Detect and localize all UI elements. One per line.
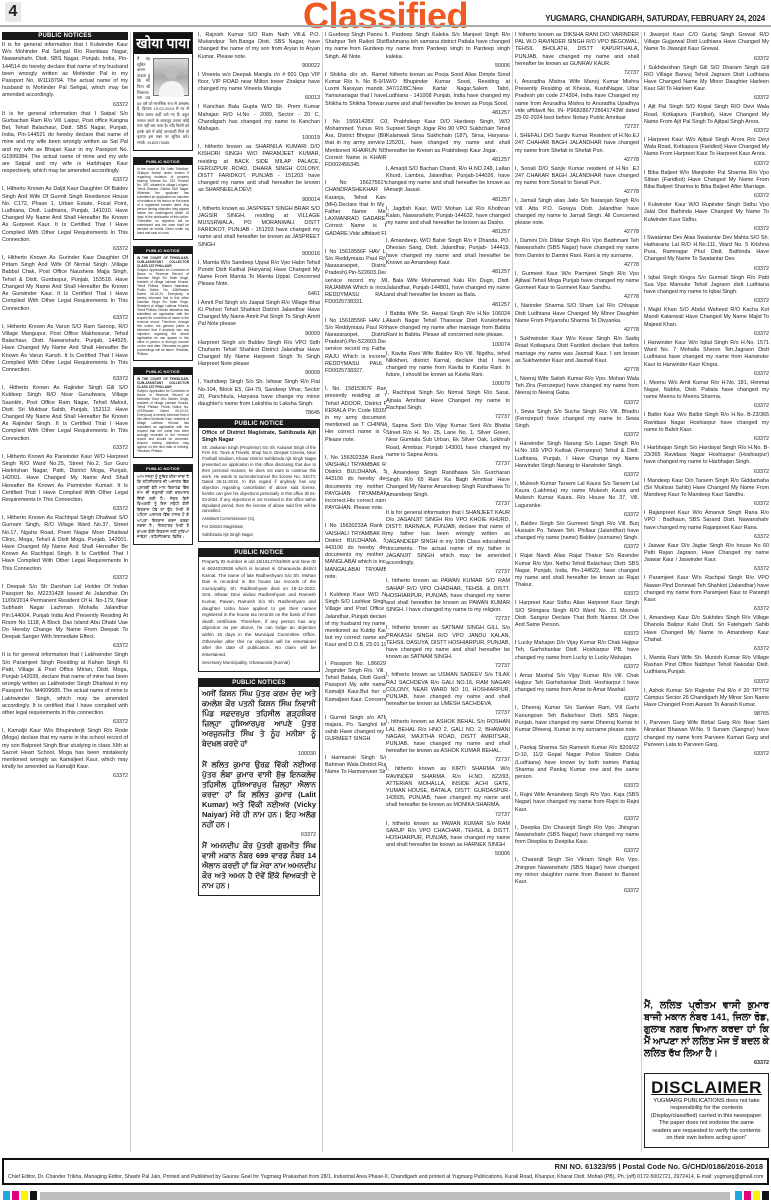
classified-ad: I, Rajni Wife Amandeep Singh R/o Vpo. Ka…	[515, 792, 639, 814]
ad-code: 42778	[515, 157, 639, 164]
classified-ad: I hitherto known as DIKSHA RANI D/O VARI…	[515, 32, 639, 68]
classified-ad: I Mandeep Kaur D/o Tarsem Singh R/o Gidd…	[644, 478, 769, 500]
ad-code: 6461	[198, 291, 320, 298]
ad-code: 63372	[644, 298, 769, 305]
gurmukhi-notices: PUBLIC NOTICES ਅਸੀਂ ਕਿਸ਼ਨ ਸਿੰਘ ਪੁੱਤਰ ਕਰਮ…	[198, 678, 320, 896]
classified-ad: ਮੈਂ ਲਲਿਤ ਕੁਮਾਰ ਉਰਫ਼ ਵਿੱਕੀ ਨਈਅਰ ਪੁੱਤਰ ਲੰਬ…	[202, 760, 316, 830]
classified-ad: I Jaswar Kaur D/o Jagtar Singh R/o house…	[644, 543, 769, 565]
classified-ad: I Harwinder Singh Narang S/o Lagan Singh…	[515, 441, 639, 470]
classified-ad: It is for general information that I Lak…	[2, 652, 128, 717]
imprint-line: Chief Editor, Dr. Chander Trikha, Managi…	[8, 1174, 767, 1180]
notice-text: Property ID number is old 16/16127/63/96…	[202, 559, 316, 658]
classified-ad: I, Hitherto Known As Varun S/O Ram Saroo…	[2, 324, 128, 374]
column-divider	[512, 32, 513, 1152]
classified-ad: I, Mamta Rani Wife Sh. Munish Kumar R/o …	[644, 655, 769, 677]
classified-ad: I Harwinder Kaur W/o Iqbal Singh R/o H.N…	[644, 340, 769, 369]
ad-code: 42778	[515, 327, 639, 334]
masthead-rule	[0, 25, 771, 27]
classified-ad: I Harpreet Kaur W/o Ajitpal Singh Arora …	[644, 137, 769, 159]
classified-ad: I hitherto known as Pooja Sood Alias Dim…	[386, 72, 510, 108]
ad-code: 90009	[198, 370, 320, 377]
ad-code: 63372	[644, 371, 769, 378]
classified-ad: I Ajit Pal Singh S/O Kirpal Singh R/O De…	[644, 104, 769, 126]
ad-code: 63372	[644, 436, 769, 443]
ad-code: 63372	[515, 848, 639, 855]
cyan-swatch	[3, 1191, 10, 1200]
ad-code: 63372	[2, 719, 128, 726]
classified-ad: I, Sapna Soni D/o Vijay Kumar Soni R/o B…	[386, 423, 510, 459]
ad-code: 63372	[515, 736, 639, 743]
ad-code: 63372	[644, 56, 769, 63]
ad-code: 63372	[2, 376, 128, 383]
public-notice-box: PUBLIC NOTICE IN THE COURT OF TEHSILDAR-…	[133, 367, 193, 458]
ad-code: 63372	[644, 193, 769, 200]
court-title: IN THE COURT OF TEHSILDAR-CUM-ASSISTANT …	[137, 377, 189, 389]
yellow-swatch	[21, 1191, 28, 1200]
ad-code: 100019	[198, 135, 320, 142]
classified-ad: I Harpreet Kaur Sidhu Alias Harpreet Kau…	[515, 600, 639, 629]
disclaimer-box: DISCLAIMER YUGMARG PUBLICATIONS does not…	[644, 1073, 769, 1148]
registration-grey-strip	[40, 1192, 730, 1200]
classified-ad: I Majid Khan S/O Abdul Waheed R/O Kacha …	[644, 307, 769, 329]
classified-ad: I Kanchan Bala Gupta W/O Sh. Prem Kumar …	[198, 104, 320, 133]
classified-ad: I Lucky Mahajan D/o Vijay Kumar R/o Chak…	[515, 640, 639, 662]
classified-ad: Harpreet Singh s/o Baldev Singh R/o VPO …	[198, 340, 320, 369]
notice-text: ਆਮ ਜਨਤਾ ਨੂੰ ਸੂਚਿਤ ਕੀਤਾ ਜਾਂਦਾ ਹੈ ਕਿ ਤਹਿਸੀ…	[137, 474, 189, 540]
ad-code: 481257	[386, 302, 510, 309]
ad-code: 900016	[198, 251, 320, 258]
classified-ad: I, Dheeraj Kumar S/o Sarwan Ram, Vill Ga…	[515, 705, 639, 734]
classified-ad: I, hitherto known as SHARNILA KUMARI D/O…	[198, 144, 320, 194]
column-1-ads: It is for general information that I Kul…	[2, 40, 128, 780]
yellow-swatch	[753, 1191, 760, 1200]
ad-code: 63372	[644, 331, 769, 338]
classified-ad: I Iqbal Singh Kingra S/o Gurmail Singh R…	[644, 275, 769, 297]
classified-ad: I, hitherto known as JASPREET SINGH BRAR…	[198, 206, 320, 249]
classified-ad: I, Neeraj Wife Satish Kumar R/o Vpo. Moh…	[515, 376, 639, 398]
ad-code: 90009	[198, 331, 320, 338]
classified-ad: I Vineeta w/o Deepak Mangla r/o # 601 Op…	[198, 72, 320, 94]
classified-ad: I, Hitherto Known As Daljit Kaur Daughte…	[2, 186, 128, 244]
signatory-line: For District Magistrate,	[202, 524, 316, 530]
public-notice-header: PUBLIC NOTICE	[134, 247, 192, 254]
ad-code: 50006	[386, 63, 510, 70]
ad-code: 42778	[515, 262, 639, 269]
classified-ad: I, hitherto known as PAWAN KUMAR S/o RAM…	[386, 821, 510, 850]
classified-ad: It is for general information that I Sat…	[2, 111, 128, 176]
ad-code: 63372	[644, 751, 769, 758]
rni-number: RNI NO. 61323/95 | Postal Code No. G/CHD…	[555, 1162, 763, 1171]
ad-code: 63372	[644, 606, 769, 613]
classified-ad: I Rajat Nandi Alias Rajat Thakur S/o Rav…	[515, 553, 639, 589]
classified-ad: I, Parveen Garg Wife Birbal Garg R/o Nea…	[644, 720, 769, 749]
classified-ad: I, Amandeep Kaur D/o Sukhdev Singh R/o V…	[644, 615, 769, 644]
ad-code: 63372	[644, 128, 769, 135]
ad-code: 72737	[386, 710, 510, 717]
ad-code: 63372	[515, 472, 639, 479]
public-notice-box: PUBLIC NOTICE IN THE COURT OF TEHSILDAR-…	[133, 246, 193, 361]
classified-ad: I, hitherto known as USMAN SADEEV S/o TI…	[386, 672, 510, 708]
classified-ad: I Rajanpreet Kaur W/o Amanvir Singh Rana…	[644, 510, 769, 532]
ad-code: 63372	[2, 315, 128, 322]
district-magistrate-notice: PUBLIC NOTICE Office of District Magistr…	[198, 419, 320, 542]
ad-code: 63372	[644, 646, 769, 653]
ad-code: 63372	[644, 534, 769, 541]
ad-code: 42778	[515, 189, 639, 196]
classified-ad: I, Yashdeep Singh S/o Sh. Ishwar Singh R…	[198, 379, 320, 408]
classified-ad: I Sukhdarshan Singh Gill S/O Dharam Sing…	[644, 65, 769, 94]
classified-ad: I, hitherto known as KIRTI SHARMA W/o RA…	[386, 766, 510, 809]
ad-code: 63372	[515, 664, 639, 671]
ad-code: 63372	[515, 783, 639, 790]
classified-ad: I, SHEFALI D/O Sanjiv Kumar Resident of …	[515, 133, 639, 155]
ad-code: 63372	[644, 501, 769, 508]
ad-code: 63372	[644, 226, 769, 233]
classified-ad: It is for general information that I Kul…	[2, 42, 128, 100]
magenta-swatch	[12, 1191, 19, 1200]
ad-code: 63372	[515, 816, 639, 823]
classified-ad: I Balbir Kaur W/o Balbir Singh R/o H.No.…	[644, 412, 769, 434]
ad-code: 481257	[386, 157, 510, 164]
classified-ad: I, Hitherto Known As Rajinder Singh Gill…	[2, 385, 128, 443]
gurmukhi-notice: ਮੈਂ, ਲਲਿਤ ਪ੍ਰੀਤਮ ਵਾਸੀ ਕੁਮਾਰ ਬਾਜੀ ਮਕਾਨ ਨੰ…	[644, 1000, 769, 1060]
classified-ad: I, Anuradha Mishra Wife Manoj Kumar Mish…	[515, 79, 639, 122]
classified-ad: I, Gurmeet Kaur W/o Parmjeet Singh R/o V…	[515, 271, 639, 293]
column-8-bottom: ਮੈਂ, ਲਲਿਤ ਪ੍ਰੀਤਮ ਵਾਸੀ ਕੁਮਾਰ ਬਾਜੀ ਮਕਾਨ ਨੰ…	[644, 1000, 769, 1152]
classified-ad: I, Amarjit S/O Bachan Chand, R/o H.NO.24…	[386, 166, 510, 195]
classified-ad: I Kulwinder Kaur W/O Rupinder Singh Sidh…	[644, 202, 769, 224]
ad-code: 72737	[386, 663, 510, 670]
classified-ad: I, hitherto known as PAWAN KUMAR S/O RAM…	[386, 578, 510, 614]
classified-ad: I, Jagdish Kaur, W/O Mohan Lal R/o Khoth…	[386, 206, 510, 228]
office-title: Office of District Magistrate, Sahibzada…	[202, 430, 316, 444]
ad-code: 63372	[644, 403, 769, 410]
ad-code: 72737	[386, 812, 510, 819]
classified-ad: I Babita Wife Sh. Harpal Singh R/o H.No …	[386, 311, 510, 340]
ad-code: 63372	[202, 832, 316, 839]
classified-ad: I, Mamta W/o Sandeep Uppal R/o Vpo Habri…	[198, 260, 320, 289]
dateline: YUGMARG, CHANDIGARH, SATURDAY, FEBRUARY …	[545, 14, 765, 23]
ad-code: 63372	[515, 591, 639, 598]
ad-code: 63372	[2, 246, 128, 253]
classified-ad: I, Pardeep Singh Kaleka S/o Manjeet Sing…	[386, 32, 510, 61]
classified-ad: I, Jarnail Singh alias Jailo S/o Naranja…	[515, 198, 639, 227]
column-divider	[641, 32, 642, 1152]
classified-ad: I, Baldev Singh S/o Gurmeet Singh R/o Vi…	[515, 521, 639, 543]
ad-code: 63372	[515, 400, 639, 407]
ad-code: 63372	[2, 177, 128, 184]
classified-ad: I, Charanjit Singh S/o Vikram Singh R/o …	[515, 857, 639, 886]
lost-found-box: खोया पाया मैं यह सूचित करना चाहता हूं कि…	[133, 32, 193, 151]
ad-code: 63372	[2, 575, 128, 582]
classified-ad: I Jiwanjot Kaur C/O Gurtaj Singh Grewal …	[644, 32, 769, 54]
classified-ad: I, Damini D/o Dildar Singh R/o Vpo Badhm…	[515, 238, 639, 260]
column-divider	[322, 32, 323, 1152]
classified-ad: I, Prabhdeep Kaur D/O Hardeep Singh, W/O…	[386, 119, 510, 155]
notice-text: Subject: Application for Correction of N…	[137, 389, 189, 453]
classified-ad: I Harbhajan Singh S/o Hardayal Singh R/o…	[644, 445, 769, 467]
classified-ad: I Deepak S/o Sh Darshan Lal Holder Of In…	[2, 584, 128, 642]
ad-code: 481257	[386, 197, 510, 204]
classified-ad: I, Kamaljit Kaur W/o Bhupinderjit Singh …	[2, 728, 128, 771]
ad-code: 72737	[386, 616, 510, 623]
ad-code: 63372	[515, 432, 639, 439]
cyan-swatch	[735, 1191, 742, 1200]
ad-code: 481257	[386, 269, 510, 276]
ad-code: 100079	[386, 381, 510, 388]
classified-ad: I, Amandeep, W/O Balvir Singh R/o # Dhan…	[386, 238, 510, 267]
magenta-swatch	[744, 1191, 751, 1200]
ad-code: 72737	[386, 569, 510, 576]
ad-code: 63372	[2, 445, 128, 452]
ad-code: 63372	[644, 161, 769, 168]
black-swatch	[762, 1191, 769, 1200]
registration-bar	[0, 1189, 771, 1202]
property-notice: PUBLIC NOTICE Property ID number is old …	[198, 548, 320, 672]
missing-person-photo	[153, 58, 189, 96]
classified-ad: ਅਸੀਂ ਕਿਸ਼ਨ ਸਿੰਘ ਪੁੱਤਰ ਕਰਮ ਚੰਦ ਅਤੇ ਕਮਲੇਸ਼…	[202, 689, 316, 749]
public-notice-header: PUBLIC NOTICE	[199, 549, 319, 557]
classified-ad: I, Ashok Kumar S/o Rajinder Pal R/o # 20…	[644, 688, 769, 710]
column-6: I hitherto known as DIKSHA RANI D/O VARI…	[515, 32, 639, 1152]
ad-code: 63372	[644, 566, 769, 573]
ad-code: 72737	[515, 70, 639, 77]
public-notice-header: PUBLIC NOTICE	[134, 368, 192, 375]
ad-code: 50006	[386, 851, 510, 858]
ad-code: 60013	[198, 95, 320, 102]
ad-code: 900014	[198, 197, 320, 204]
ad-code: 63372	[515, 512, 639, 519]
classified-ad: I, Deepika D/o Charanjit Singh R/o Vpo. …	[515, 825, 639, 847]
ad-code: 63372	[515, 696, 639, 703]
ad-code: 72737	[515, 124, 639, 131]
ad-code: 72737	[386, 757, 510, 764]
classified-ad: I, Kavita Rani Wife Baldev R/o Vill. Nig…	[386, 351, 510, 380]
disclaimer-text: YUGMARG PUBLICATIONS does not take respo…	[649, 1098, 764, 1142]
public-notice-header: PUBLIC NOTICE	[134, 158, 192, 165]
classified-ad: I Sukhwinder Kaur W/o Kesar Singh R/o Sa…	[515, 336, 639, 365]
classified-ad: I Amar Mashal S/o Vijay Kumar R/o Vill. …	[515, 673, 639, 695]
signatory-line: Secretary Municipality, Gharaunda (Karna…	[202, 660, 316, 667]
ad-code: 63372	[2, 506, 128, 513]
classified-ad: It is for general information that I SHA…	[386, 510, 510, 568]
ad-code: 42778	[515, 367, 639, 374]
classified-ad: I, Hitherto Known As Gurinder Kaur Daugh…	[2, 255, 128, 313]
ad-code: 900022	[198, 63, 320, 70]
classified-ad: I, Rajnish Kumar S/O Ram Nath Vill.& P.O…	[198, 32, 320, 61]
ad-code: 63372	[644, 1060, 769, 1067]
classified-ad: I, Pankaj Sharma S/o Ramesh Kumar R/o 82…	[515, 745, 639, 781]
classified-ad: I, Sonali D/O Sanjiv Kumar resident of H…	[515, 166, 639, 188]
classified-ad: ਮੈਂ ਅਮਨਦੀਪ ਕੌਰ ਪੁੱਤਰੀ ਗੁਰਮੀਤ ਸਿੰਘ ਵਾਸੀ ਮ…	[202, 841, 316, 891]
ad-code: 72737	[386, 414, 510, 421]
classified-ad: I, Mukesh Kumar Tarsem Lal Kaura S/o Tar…	[515, 481, 639, 510]
column-8: I Jiwanjot Kaur C/O Gurtaj Singh Grewal …	[644, 32, 769, 1152]
notice-text: Subject: Application for Correction of N…	[137, 268, 189, 356]
signatory-line: Sahibzada Ajit Singh Nagar	[202, 532, 316, 538]
ad-code: 63372	[644, 469, 769, 476]
classified-ad: I, Rachhpal Singh S/o Nirmal Singh R/o S…	[386, 390, 510, 412]
ad-code: 42778	[515, 229, 639, 236]
notice-text: In the court of Sh. Naib Tehsildar, Zira…	[137, 167, 189, 235]
ad-code: 42778	[515, 294, 639, 301]
ad-code: 78645	[198, 410, 320, 417]
classified-ad: I, hitherto known as ASHOK BEHAL S/o ROS…	[386, 719, 510, 755]
ad-code: 481257	[386, 110, 510, 117]
public-notices-header: PUBLIC NOTICES	[2, 32, 128, 40]
column-1: PUBLIC NOTICES It is for general informa…	[2, 32, 128, 1152]
lost-found-header: खोया पाया	[134, 33, 192, 54]
ad-code: 100074	[386, 342, 510, 349]
ad-code: 72737	[386, 501, 510, 508]
ad-code: 63372	[2, 643, 128, 650]
public-notice-header: PUBLIC NOTICE	[134, 465, 192, 472]
column-3: I, Rajnish Kumar S/O Ram Nath Vill.& P.O…	[198, 32, 320, 1152]
black-swatch	[30, 1191, 37, 1200]
classified-ad: I Swatantar Dev Alias Swatantar Dev Maht…	[644, 235, 769, 264]
court-title: IN THE COURT OF TEHSILDAR-CUM-ASSISTANT …	[137, 256, 189, 268]
ad-code: 72737	[386, 461, 510, 468]
classified-ad: I Paramjeet Kaur W/o Rachpal Singh R/o V…	[644, 575, 769, 604]
ad-code: 63372	[644, 266, 769, 273]
disclaimer-title: DISCLAIMER	[649, 1078, 764, 1098]
ad-code: 63372	[644, 679, 769, 686]
classified-ad: I Amrit Pal Singh s/o Jaspal Singh R/o V…	[198, 300, 320, 329]
classified-ad: I, Hitherto Known As Parwinder Kaur W/O …	[2, 454, 128, 504]
column-2: खोया पाया मैं यह सूचित करना चाहता हूं कि…	[133, 32, 193, 1152]
notice-text: Sh. Jaskaran Singh (Proprietor) S/o Sh. …	[202, 445, 316, 515]
public-notices-header: PUBLIC NOTICES	[199, 679, 319, 687]
classified-ad: I, hitherto known as SATNAM SINGH GILL S…	[386, 625, 510, 661]
classified-ad: I, Narinder Sharma S/O Sham Lal R/o Chha…	[515, 303, 639, 325]
ad-code: 100030	[202, 751, 316, 758]
column-5-ads: I, Pardeep Singh Kaleka S/o Manjeet Sing…	[386, 32, 510, 1152]
classified-ad: I, Amandeep Singh Randhawa S/o Gurcharan…	[386, 470, 510, 499]
ad-code: 98765	[644, 711, 769, 718]
ad-code: 63372	[2, 773, 128, 780]
public-notice-box: PUBLIC NOTICE In the court of Sh. Naib T…	[133, 157, 193, 240]
ad-code: 63372	[515, 888, 639, 895]
classified-ad: I, Hitherto Known As Rachhpal Singh Dhal…	[2, 515, 128, 573]
classified-ad: I Biba Baljeet W/o Manjinder Pal Sharma …	[644, 170, 769, 192]
masthead: 4 Classified YUGMARG, CHANDIGARH, SATURD…	[0, 0, 771, 28]
imprint-footer: RNI NO. 61323/95 | Postal Code No. G/CHD…	[2, 1158, 769, 1185]
ad-code: 63372	[515, 544, 639, 551]
public-notice-box: PUBLIC NOTICE ਆਮ ਜਨਤਾ ਨੂੰ ਸੂਚਿਤ ਕੀਤਾ ਜਾਂ…	[133, 464, 193, 545]
classified-ad: I, Sewa Singh S/o Sucha Singh R/o Vill. …	[515, 409, 639, 431]
public-notice-header: PUBLIC NOTICE	[199, 420, 319, 428]
ad-code: 63372	[2, 102, 128, 109]
ad-code: 481257	[386, 229, 510, 236]
ad-code: 63372	[644, 95, 769, 102]
column-3-ads: I, Rajnish Kumar S/O Ram Nath Vill.& P.O…	[198, 32, 320, 417]
classified-ad: I, Meenu W/o Amit Kumar R/o H.No. 181, H…	[644, 380, 769, 402]
classified-ad: I, Bala Wife Mohammad Kalu R/o Dugri, Di…	[386, 278, 510, 300]
signatory-line: Assistant Commissioner (G),	[202, 516, 316, 522]
ad-code: 63372	[515, 631, 639, 638]
column-divider	[130, 32, 131, 1152]
